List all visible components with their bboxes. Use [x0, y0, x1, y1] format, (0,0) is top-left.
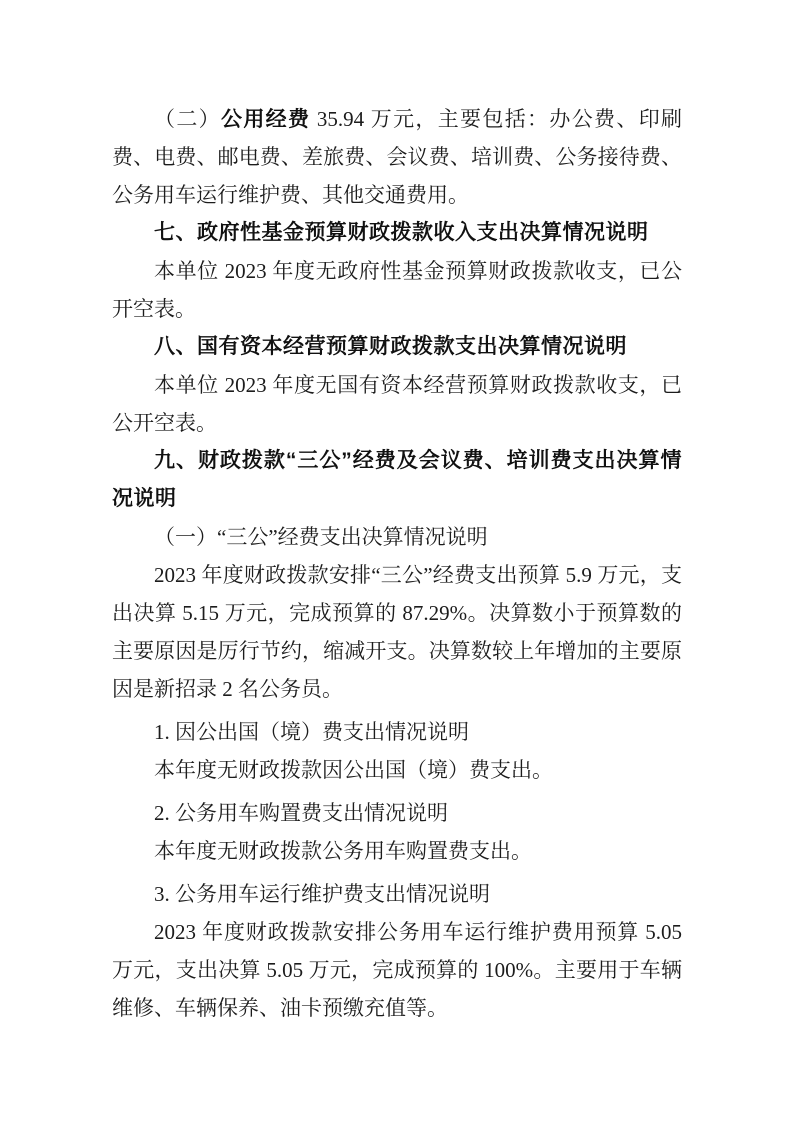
subheading-3-vehicle-maintenance: 3. 公务用车运行维护费支出情况说明	[112, 875, 682, 913]
paragraph-vehicle-maintenance-detail: 2023 年度财政拨款安排公务用车运行维护费用预算 5.05 万元，支出决算 5…	[112, 913, 682, 1027]
section-heading-8-state-capital-budget: 八、国有资本经营预算财政拨款支出决算情况说明	[112, 328, 682, 366]
document-page: （二）公用经费 35.94 万元，主要包括：办公费、印刷费、电费、邮电费、差旅费…	[0, 0, 793, 1122]
subheading-2-vehicle-purchase: 2. 公务用车购置费支出情况说明	[112, 794, 682, 832]
paragraph-state-capital-empty-table: 本单位 2023 年度无国有资本经营预算财政拨款收支，已公开空表。	[112, 366, 682, 442]
paragraph-government-fund-empty-table: 本单位 2023 年度无政府性基金预算财政拨款收支，已公开空表。	[112, 252, 682, 328]
subheading-1-overseas-travel: 1. 因公出国（境）费支出情况说明	[112, 713, 682, 751]
paragraph-overseas-travel-detail: 本年度无财政拨款因公出国（境）费支出。	[112, 751, 682, 789]
paragraph-public-funds: （二）公用经费 35.94 万元，主要包括：办公费、印刷费、电费、邮电费、差旅费…	[112, 100, 682, 214]
paragraph-public-funds-prefix: （二）	[154, 107, 221, 131]
paragraph-three-public-expense-detail: 2023 年度财政拨款安排“三公”经费支出预算 5.9 万元，支出决算 5.15…	[112, 556, 682, 708]
subheading-three-public-expense-summary: （一）“三公”经费支出决算情况说明	[112, 518, 682, 556]
section-heading-7-government-fund-budget: 七、政府性基金预算财政拨款收入支出决算情况说明	[112, 214, 682, 252]
section-heading-9-three-public-expenses: 九、财政拨款“三公”经费及会议费、培训费支出决算情况说明	[112, 442, 682, 518]
paragraph-public-funds-bold-term: 公用经费	[221, 107, 310, 131]
paragraph-vehicle-purchase-detail: 本年度无财政拨款公务用车购置费支出。	[112, 832, 682, 870]
